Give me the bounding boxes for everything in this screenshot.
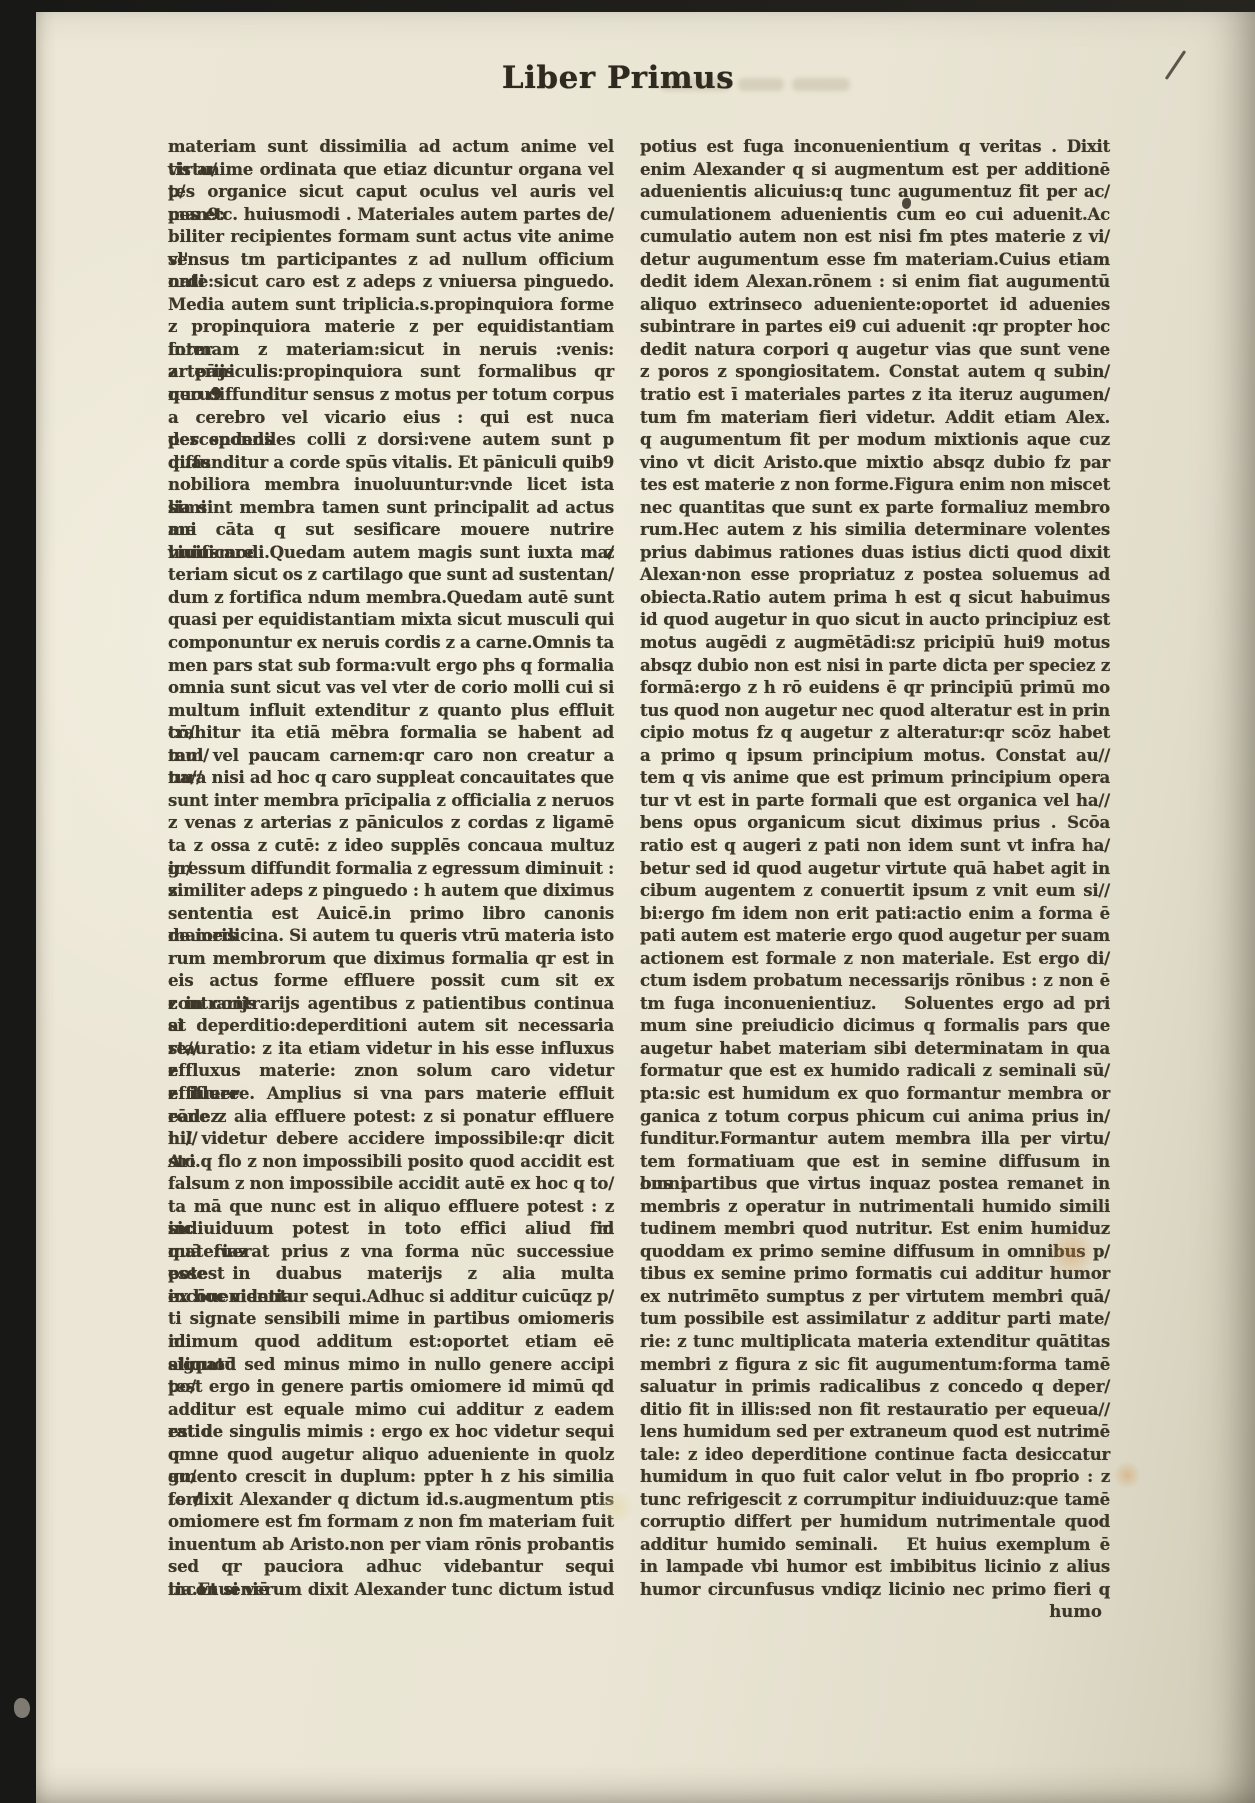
scan-edge-speck — [14, 1698, 30, 1718]
text-line: tia.Et si verum dixit Alexander tunc dic… — [168, 1578, 614, 1601]
text-line: ditio fit in illis:sed non fit restaurat… — [640, 1398, 1110, 1421]
text-line: materiam sunt dissimilia ad actum anime … — [168, 135, 614, 158]
text-line: prius dabimus rationes duas istius dicti… — [640, 541, 1110, 564]
text-line: men pars stat sub forma:vult ergo phs q … — [168, 654, 614, 677]
text-line: additur est equale mimo cui additur z ea… — [168, 1398, 614, 1421]
text-line: pta:sic est humidum ex quo formantur mem… — [640, 1082, 1110, 1105]
text-line: te dixit Alexander q dictum id.s.augment… — [168, 1488, 614, 1511]
text-line: test ergo in genere partis omiomere id m… — [168, 1375, 614, 1398]
text-line: lens humidum sed per extraneum quod est … — [640, 1420, 1110, 1443]
text-line: eis actus forme effluere possit cum sit … — [168, 969, 614, 992]
text-line: z in contrarijs agentibus z patientibus … — [168, 992, 614, 1015]
text-line: rie: z tunc multiplicata materia extendi… — [640, 1330, 1110, 1353]
text-line: ganica z totum corpus phicum cui anima p… — [640, 1105, 1110, 1128]
text-line: ctum isdem probatum necessarijs rōnibus … — [640, 969, 1110, 992]
text-line: quo diffunditur sensus z motus per totum… — [168, 383, 614, 406]
text-line: omne quod augetur aliquo adueniente in q… — [168, 1443, 614, 1466]
text-line: rum membrorum que diximus formalia qr es… — [168, 947, 614, 970]
text-line: dedit idem Alexan.rōnem : si enim fiat a… — [640, 270, 1110, 293]
text-line: bi:ergo fm idem non erit pati:actio enim… — [640, 902, 1110, 925]
text-line: sed qr pauciora adhuc videbantur sequi i… — [168, 1555, 614, 1578]
text-line: z propinquiora materie z per equidistant… — [168, 315, 614, 338]
text-line: membri z figura z sic fit augumentum:for… — [640, 1353, 1110, 1376]
stray-pen-mark — [1165, 50, 1186, 80]
text-line: tum fm materiam fieri videtur. Addit eti… — [640, 406, 1110, 429]
text-line: tratio est ī materiales partes z ita ite… — [640, 383, 1110, 406]
text-line: tum possibile est assimilatur z additur … — [640, 1307, 1110, 1330]
text-line: sunt inter membra prīcipalia z officiali… — [168, 789, 614, 812]
text-line: z venas z arterias z pāniculos z cordas … — [168, 811, 614, 834]
text-line: quoddam ex primo semine diffusum in omni… — [640, 1240, 1110, 1263]
text-line: vino vt dicit Aristo.que mixtio absqz du… — [640, 451, 1110, 474]
text-line: ratio est q augeri z pati non idem sunt … — [640, 834, 1110, 857]
text-line: aliquod sed minus mimo in nullo genere a… — [168, 1353, 614, 1376]
text-line: z ifluere. Amplius si vna pars materie e… — [168, 1082, 614, 1105]
text-line: biliter recipientes formam sunt actus vi… — [168, 225, 614, 248]
text-line: falsum z non impossibile accidit autē ex… — [168, 1172, 614, 1195]
catchword: humo — [640, 1601, 1102, 1621]
text-line: tunc refrigescit z corrumpitur indiuiduu… — [640, 1488, 1110, 1511]
text-line: potius est fuga inconuenientium q verita… — [640, 135, 1110, 158]
text-line: corruptio differt per humidum nutrimenta… — [640, 1510, 1110, 1533]
text-line: augetur habet materiam sibi determinatam… — [640, 1037, 1110, 1060]
text-line: nec quantitas que sunt ex parte formaliu… — [640, 496, 1110, 519]
text-line: nobiliora membra inuoluuntur:vnde licet … — [168, 473, 614, 496]
text-line: teriam sicut os z cartilago que sunt ad … — [168, 563, 614, 586]
text-line: quasi per equidistantiam mixta sicut mus… — [168, 608, 614, 631]
text-line: tem formatiuam que est in semine diffusu… — [640, 1150, 1110, 1173]
text-line: z poros z spongiositatem. Constat autem … — [640, 360, 1110, 383]
text-line: pati autem est materie ergo quod augetur… — [640, 924, 1110, 947]
text-line: lia sint membra tamen sunt principalit a… — [168, 496, 614, 519]
text-line: multum influit extenditur z quanto plus … — [168, 699, 614, 722]
text-line: ti signate sensibili mime in partibus om… — [168, 1307, 614, 1330]
text-line: inuentum ab Aristo.non per viam rōnis pr… — [168, 1533, 614, 1556]
running-title: Liber Primus — [488, 60, 748, 96]
text-line: effluxus materie: znon solum caro videtu… — [168, 1059, 614, 1082]
text-line: dedit natura corpori q augetur vias que … — [640, 338, 1110, 361]
text-column-left: materiam sunt dissimilia ad actum anime … — [168, 135, 614, 1601]
text-line: a primo q ipsum principium motus. Consta… — [640, 744, 1110, 767]
text-line: subintrare in partes ei9 cui aduenit :qr… — [640, 315, 1110, 338]
text-line: tudinem membri quod nutritur. Est enim h… — [640, 1217, 1110, 1240]
text-line: cibum augentem z conuertit ipsum z vnit … — [640, 879, 1110, 902]
text-line: q augumentum fit per modum mixtionis aqu… — [640, 428, 1110, 451]
text-line: cipio motus fz q augetur z alteratur:qr … — [640, 721, 1110, 744]
text-line: detur augumentum esse fm materiam.Cuius … — [640, 248, 1110, 271]
text-line: obiecta.Ratio autem prima h est q sicut … — [640, 586, 1110, 609]
text-line: cumulationem aduenientis cum eo cui adue… — [640, 203, 1110, 226]
text-line: enim Alexander q si augmentum est per ad… — [640, 158, 1110, 181]
text-line: cumulatio autem non est nisi fm ptes mat… — [640, 225, 1110, 248]
text-line: motus augēdi z augmētādi:sz pricipiū hui… — [640, 631, 1110, 654]
text-line: dum z fortifica ndum membra.Quedam autē … — [168, 586, 614, 609]
text-line: ex nutrimēto sumptus z per virtutem memb… — [640, 1285, 1110, 1308]
text-line: aliquo extrinseco adueniente:oportet id … — [640, 293, 1110, 316]
text-line: hil videtur debere accidere impossibile:… — [168, 1127, 614, 1150]
text-line: diffunditur a corde spūs vitalis. Et pān… — [168, 451, 614, 474]
text-line: trahitur ita etiā mēbra formalia se habe… — [168, 721, 614, 744]
text-line: tam vel paucam carnem:qr caro non creatu… — [168, 744, 614, 767]
text-line: tis anime ordinata que etiaz dicuntur or… — [168, 158, 614, 181]
text-line: betur sed id quod augetur virtute quā ha… — [640, 857, 1110, 880]
text-line: est de singulis mimis : ergo ex hoc vide… — [168, 1420, 614, 1443]
text-line: Alexan·non esse propriatuz z postea solu… — [640, 563, 1110, 586]
text-line: formā:ergo z h rō euidens ē qr principiū… — [640, 676, 1110, 699]
text-line: additur humido seminali. Et huius exempl… — [640, 1533, 1110, 1556]
text-line: pes etc. huiusmodi . Materiales autem pa… — [168, 203, 614, 226]
text-line: tura nisi ad hoc q caro suppleat concaui… — [168, 766, 614, 789]
text-line: humidum in quo fuit calor velut in fbo p… — [640, 1465, 1110, 1488]
text-line: ta mā que nunc est in aliquo effluere po… — [168, 1195, 614, 1218]
stain — [1112, 1462, 1142, 1488]
text-line: gmento crescit in duplum: ppter h z his … — [168, 1465, 614, 1488]
text-line: mum sine preiudicio dicimus q formalis p… — [640, 1014, 1110, 1037]
stain — [1044, 1230, 1098, 1276]
text-line: a cerebro vel vicario eius : qui est nuc… — [168, 406, 614, 429]
text-line: rum.Hec autem z his similia determinare … — [640, 518, 1110, 541]
text-line: tibus ex semine primo formatis cui addit… — [640, 1262, 1110, 1285]
page-paper: Liber Primus materiam sunt dissimilia ad… — [36, 12, 1255, 1803]
text-line: de medicina. Si autem tu queris vtrū mat… — [168, 924, 614, 947]
text-line: tm fuga inconuenientiuz. Soluentes ergo … — [640, 992, 1110, 1015]
text-line: id quod augetur in quo sicut in aucto pr… — [640, 608, 1110, 631]
text-line: humor circunfusus vndiqz licinio nec pri… — [640, 1578, 1110, 1601]
text-line: saluatur in primis radicalibus z concedo… — [640, 1375, 1110, 1398]
text-line: quā fuerat prius z vna forma nūc success… — [168, 1240, 614, 1263]
text-line: omiomere est fm formam z non fm materiam… — [168, 1510, 614, 1533]
text-line: omnia sunt sicut vas vel vter de corio m… — [168, 676, 614, 699]
text-line: sententia est Auicē.in primo libro canon… — [168, 902, 614, 925]
text-line: componuntur ex neruis cordis z a carne.O… — [168, 631, 614, 654]
text-line: similiter adeps z pinguedo : h autem que… — [168, 879, 614, 902]
text-line: mimum quod additum est:oportet etiam eē … — [168, 1330, 614, 1353]
text-line: membris z operatur in nutrimentali humid… — [640, 1195, 1110, 1218]
text-line: sensus tm participantes z ad nullum offi… — [168, 248, 614, 271]
text-line: indiuiduum potest in toto effici aliud f… — [168, 1217, 614, 1240]
text-line: bens opus organicum sicut diximus prius … — [640, 811, 1110, 834]
text-line: formam z materiam:sicut in neruis :venis… — [168, 338, 614, 361]
text-line: bus partibus que virtus inquaz postea re… — [640, 1172, 1110, 1195]
text-line: tale: z ideo deperditione continue facta… — [640, 1443, 1110, 1466]
text-line: rōne z alia effluere potest: z si ponatu… — [168, 1105, 614, 1128]
text-line: tes est materie z non forme.Figura enim … — [640, 473, 1110, 496]
text-line: at deperditio:deperditioni autem sit nec… — [168, 1014, 614, 1037]
text-line: ex hoc videntur sequi.Adhuc si additur c… — [168, 1285, 614, 1308]
text-line: ta z ossa z cutē: z ideo supplēs concaua… — [168, 834, 614, 857]
text-line: absqz dubio non est nisi in parte dicta … — [640, 654, 1110, 677]
text-line: per spondiles colli z dorsi:vene autem s… — [168, 428, 614, 451]
text-line: huiusmodi.Quedam autem magis sunt iuxta … — [168, 541, 614, 564]
text-line: aduenientis alicuius:q tunc augumentuz f… — [640, 180, 1110, 203]
text-line: me cāta q sut sesificare mouere nutrire … — [168, 518, 614, 541]
text-line: sto.q flo z non impossibili posito quod … — [168, 1150, 614, 1173]
text-line: tem q vis anime que est primum principiu… — [640, 766, 1110, 789]
text-line: tus quod non augetur nec quod alteratur … — [640, 699, 1110, 722]
text-column-right: potius est fuga inconuenientium q verita… — [640, 135, 1110, 1601]
text-line: gressum diffundit formalia z egressum di… — [168, 857, 614, 880]
text-line: esse in duabus materijs z alia multa inc… — [168, 1262, 614, 1285]
text-line: nate:sicut caro est z adeps z vniuersa p… — [168, 270, 614, 293]
text-line: stauratio: z ita etiam videtur in his es… — [168, 1037, 614, 1060]
text-line: formatur que est ex humido radicali z se… — [640, 1059, 1110, 1082]
stain — [596, 1492, 636, 1522]
scanned-book-page: Liber Primus materiam sunt dissimilia ad… — [0, 0, 1255, 1803]
text-line: in lampade vbi humor est imbibitus licin… — [640, 1555, 1110, 1578]
text-line: tes organice sicut caput oculus vel auri… — [168, 180, 614, 203]
text-line: actionem est formale z non materiale. Es… — [640, 947, 1110, 970]
text-line: z pāniculis:propinquiora sunt formalibus… — [168, 360, 614, 383]
text-line: tur vt est in parte formali que est orga… — [640, 789, 1110, 812]
text-line: Media autem sunt triplicia.s.propinquior… — [168, 293, 614, 316]
text-line: funditur.Formantur autem membra illa per… — [640, 1127, 1110, 1150]
